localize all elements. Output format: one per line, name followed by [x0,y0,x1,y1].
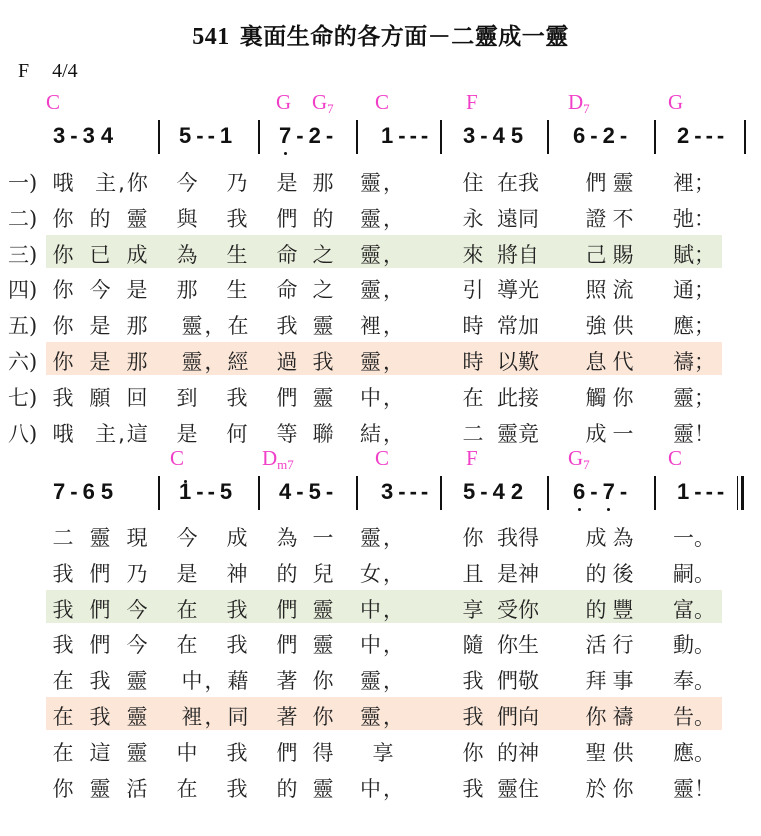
lyric-char: 靈 [127,701,148,731]
note-digit: 6 [573,123,585,149]
lyric-char: 何 [227,418,248,448]
note-digit: 2 [677,123,689,149]
lyric-char: 們 [277,382,298,412]
lyric-char: 己 [586,239,607,269]
lyric-char: 是 [127,274,148,304]
beat-dash: - [326,479,333,505]
note-digit: 6 [83,479,95,505]
verse-number: 七) [8,382,37,412]
lyric-char: 靈！ [673,773,715,803]
beat-dash: - [398,479,405,505]
lyric-char: 拜 [586,665,607,695]
beat-dash: - [410,123,417,149]
beat-dash: - [196,123,203,149]
note-digit: 5 [309,479,321,505]
lyric-char: 們 [586,167,607,197]
lyric-char: 們敬 [497,665,539,695]
lyric-char: 我 [90,665,111,695]
lyric-char: 得 [313,737,334,767]
beat-dash: - [421,479,428,505]
lyric-char: 代 [613,346,634,376]
note-digit: 1 [381,123,393,149]
lyric-char: 主,這 [95,418,150,448]
lyric-char: 豐 [613,594,634,624]
lyric-char: 強 [586,310,607,340]
chord-root: C [375,90,389,114]
lyric-char: 你 [463,737,484,767]
lyric-char: 時 [463,310,484,340]
hymn-title-text: 裏面生命的各方面－二靈成一靈 [240,24,569,50]
note-digit: 1 [677,479,689,505]
notation-line-2: 7-651--54-5-3---5-426-7-1--- [0,474,761,510]
lyric-char: 著 [277,665,298,695]
lyric-char: 靈 [90,522,111,552]
beat-dash: - [70,123,77,149]
chord-extension: 7 [583,457,590,472]
lyric-char: 你 [53,274,74,304]
lyric-char: 照 [586,274,607,304]
lyric-char: 今 [127,629,148,659]
lyric-char: 哦 [53,418,74,448]
lyric-char: 住 [463,167,484,197]
lyric-char: 弛： [673,203,715,233]
chord-root: G [668,90,683,114]
lyric-char: 靈住 [497,773,539,803]
key-signature: F [18,60,29,82]
lyric-char: 今 [90,274,111,304]
beat-dash: - [421,123,428,149]
lyric-line: 我們今在我們靈中，享受你的豐富。 [0,590,761,624]
lyric-char: 這 [90,737,111,767]
lyric-char: 靈， [360,522,406,552]
hymn-meta: F 4/4 [18,60,96,83]
lyric-char: 我 [53,629,74,659]
lyric-char: 們 [277,737,298,767]
beat-dash: - [717,123,724,149]
lyric-char: 將自 [497,239,539,269]
measure: 5-42 [460,474,526,510]
beat-dash: - [480,123,487,149]
measure: 1--5 [176,474,235,510]
note-digit: 3 [53,123,65,149]
verse-number: 三) [8,239,37,269]
verse-number: 四) [8,274,37,304]
lyric-char: 告。 [673,701,715,731]
lyric-char: 裡， [360,310,406,340]
chord-symbol: F [466,446,478,471]
lyric-char: 且 [463,558,484,588]
lyric-char: 隨 [463,629,484,659]
lyric-line: 五)你是那靈，在我靈裡，時常加強供應； [0,306,761,340]
lyric-char: 乃 [127,558,148,588]
beat-dash: - [296,479,303,505]
lyric-char: 流 [613,274,634,304]
chord-symbol: C [375,446,389,471]
beat-dash: - [694,123,701,149]
lyric-char: 那 [127,310,148,340]
beat-dash: - [398,123,405,149]
bar-line [356,476,358,510]
lyric-char: 息 [586,346,607,376]
lyric-char: 女， [360,558,406,588]
hymn-number: 541 [192,24,230,50]
lyric-char: 的神 [497,737,539,767]
lyric-char: 我得 [497,522,539,552]
verse-number: 六) [8,346,37,376]
lyric-char: 成 [586,522,607,552]
bar-line [744,120,746,154]
chord-root: G [312,90,327,114]
lyric-char: 我 [53,558,74,588]
lyric-char: 在 [53,665,74,695]
lyric-char: 的 [313,203,334,233]
lyric-char: 在 [177,773,198,803]
beat-dash: - [620,479,627,505]
beat-dash: - [208,123,215,149]
note-digit: 7 [279,123,291,149]
note-digit: 4 [101,123,113,149]
bar-line [654,120,656,154]
lyric-char: 裡，同 [182,701,251,731]
lyric-char: 那 [127,346,148,376]
lyric-char: 的 [90,203,111,233]
lyric-char: 以歎 [497,346,539,376]
beat-dash: - [706,479,713,505]
lyric-line: 我們今在我們靈中，隨你生活行動。 [0,625,761,659]
bar-line [158,120,160,154]
lyric-char: 與 [177,203,198,233]
lyric-char: 靈， [360,167,406,197]
lyric-char: 靈， [360,203,406,233]
lyric-char: 時 [463,346,484,376]
beat-dash: - [208,479,215,505]
note-digit: 5 [463,479,475,505]
lyric-line: 一)哦主,你今乃是那靈，住在我們靈裡； [0,163,761,197]
bar-line [654,476,656,510]
beat-dash: - [620,123,627,149]
time-signature: 4/4 [52,60,78,82]
lyric-char: 是 [277,167,298,197]
measure: 7-65 [50,474,116,510]
lyric-char: 為 [613,522,634,552]
lyric-char: 靈 [127,737,148,767]
lyric-char: 你 [53,203,74,233]
lyric-char: 是神 [497,558,539,588]
lyric-char: 我 [227,594,248,624]
lyric-char: 們 [277,594,298,624]
measure: 3-34 [50,118,116,154]
lyric-char: 享 [463,594,484,624]
lyric-char: 永 [463,203,484,233]
lyric-char: 你 [463,522,484,552]
chord-root: F [466,446,478,470]
verse-number: 二) [8,203,37,233]
lyric-char: 在 [177,594,198,624]
lyric-char: 觸 [586,382,607,412]
lyric-char: 你 [613,382,634,412]
lyric-char: 你 [53,239,74,269]
lyric-char: 我 [53,382,74,412]
lyric-char: 我 [463,773,484,803]
lyric-char: 你 [313,701,334,731]
lyric-char: 我 [313,346,334,376]
verse-number: 八) [8,418,37,448]
lyric-line: 八)哦主,這是何等聯結，二靈竟成一靈！ [0,414,761,448]
lyric-char: 靈，經 [182,346,251,376]
bar-line [258,120,260,154]
lyric-char: 靈； [673,382,715,412]
lyric-char: 我 [463,665,484,695]
lyric-char: 著 [277,701,298,731]
lyric-char: 賜 [613,239,634,269]
chord-root: D [568,90,583,114]
lyric-char: 於 [586,773,607,803]
bar-line [158,476,160,510]
lyric-char: 中， [360,594,406,624]
lyric-char: 供 [613,310,634,340]
chord-extension: m7 [277,457,294,472]
verse-number: 一) [8,167,37,197]
lyric-char: 成 [586,418,607,448]
lyric-char: 我 [227,382,248,412]
note-digit: 2 [603,123,615,149]
lyric-char: 你 [53,310,74,340]
chord-symbol: G [276,90,291,115]
chord-root: C [668,446,682,470]
lyric-line: 七)我願回到我們靈中，在此接觸你靈； [0,378,761,412]
lyric-char: 靈 [613,167,634,197]
lyric-char: 事 [613,665,634,695]
lyric-char: 靈， [360,701,406,731]
lyric-char: 靈 [313,310,334,340]
lyric-char: 遠同 [497,203,539,233]
lyric-char: 命 [277,274,298,304]
beat-dash: - [717,479,724,505]
lyric-char: 在 [463,382,484,412]
note-digit: 3 [83,123,95,149]
beat-dash: - [480,479,487,505]
lyric-char: 回 [127,382,148,412]
lyric-char: 生 [227,239,248,269]
measure: 4-5- [276,474,335,510]
lyric-char: 中，藉 [182,665,251,695]
beat-dash: - [70,479,77,505]
chord-extension: 7 [327,101,334,116]
lyric-char: 之 [313,274,334,304]
lyric-char: 靈， [360,239,406,269]
lyric-char: 你 [613,773,634,803]
chord-root: C [375,446,389,470]
lyric-char: 靈，在 [182,310,251,340]
lyric-char: 我 [463,701,484,731]
lyric-char: 靈 [313,382,334,412]
lyric-line: 在我靈裡，同著你靈，我們向你禱告。 [0,697,761,731]
chord-symbol: D7 [568,90,590,117]
lyric-char: 通； [673,274,715,304]
lyric-char: 活 [586,629,607,659]
lyric-char: 你生 [497,629,539,659]
lyric-char: 導光 [497,274,539,304]
note-digit: 7 [53,479,65,505]
lyric-line: 三)你已成為生命之靈，來將自己賜賦； [0,235,761,269]
lyric-char: 願 [90,382,111,412]
bar-line [547,476,549,510]
lyric-char: 此接 [497,382,539,412]
hymn-title: 541裏面生命的各方面－二靈成一靈 [0,18,761,51]
note-digit: 1 [220,123,232,149]
lyric-char: 禱 [613,701,634,731]
bar-line [258,476,260,510]
bar-line [547,120,549,154]
lyric-char: 賦； [673,239,715,269]
lyric-char: 禱； [673,346,715,376]
measure: 2--- [674,118,726,154]
lyric-char: 二 [53,522,74,552]
chord-symbol: G [668,90,683,115]
lyric-char: 兒 [313,558,334,588]
lyric-char: 那 [177,274,198,304]
lyric-char: 你 [586,701,607,731]
chord-symbol: F [466,90,478,115]
chord-extension: 7 [583,101,590,116]
lyric-char: 嗣。 [673,558,715,588]
lyric-char: 我 [277,310,298,340]
lyric-char: 成 [127,239,148,269]
notation-line-1: 3-345--17-2-1---3-456-2-2--- [0,118,761,154]
lyric-char: 我 [227,737,248,767]
lyric-char: 二 [463,418,484,448]
bar-line [440,476,442,510]
lyric-char: 不 [613,203,634,233]
final-bar-thick [741,476,744,510]
lyric-char: 等 [277,418,298,448]
beat-dash: - [410,479,417,505]
lyric-line: 二)你的靈與我們的靈，永遠同證不弛： [0,199,761,233]
lyric-char: 靈 [313,594,334,624]
chord-symbol: C [668,446,682,471]
lyric-char: 是 [177,418,198,448]
lyric-char: 結， [360,418,406,448]
lyric-char: 命 [277,239,298,269]
lyric-char: 的 [277,558,298,588]
note-digit: 2 [511,479,523,505]
lyric-line: 我們乃是神的兒女，且是神的後嗣。 [0,554,761,588]
lyric-char: 到 [177,382,198,412]
chord-root: G [276,90,291,114]
note-digit: 5 [179,123,191,149]
lyric-char: 我 [227,773,248,803]
beat-dash: - [694,479,701,505]
lyric-char: 聯 [313,418,334,448]
lyric-char: 動。 [673,629,715,659]
lyric-line: 在我靈中，藉著你靈，我們敬拜事奉。 [0,661,761,695]
lyric-char: 供 [613,737,634,767]
measure: 3--- [378,474,430,510]
chord-root: G [568,446,583,470]
measure: 5--1 [176,118,235,154]
lyric-char: 靈 [90,773,111,803]
measure: 1--- [674,474,726,510]
lyric-char: 一 [313,522,334,552]
lyric-char: 在 [53,737,74,767]
lyric-char: 靈 [313,629,334,659]
lyric-char: 我 [227,629,248,659]
final-bar-thin [737,476,738,510]
lyric-line: 你靈活在我的靈中，我靈住於你靈！ [0,769,761,803]
chord-symbol: C [375,90,389,115]
lyric-char: 後 [613,558,634,588]
lyric-char: 富。 [673,594,715,624]
lyric-char: 你 [313,665,334,695]
chord-line-2: CDm7CFG7C [0,446,761,472]
note-digit: 6 [573,479,585,505]
bar-line [440,120,442,154]
lyric-char: 一。 [673,522,715,552]
verse-number: 五) [8,310,37,340]
note-digit: 1 [179,479,191,505]
lyric-char: 神 [227,558,248,588]
lyric-char: 靈 [127,665,148,695]
lyric-char: 來 [463,239,484,269]
lyric-char: 乃 [227,167,248,197]
chord-root: C [170,446,184,470]
lyric-char: 那 [313,167,334,197]
lyric-char: 在 [53,701,74,731]
lyric-char: 成 [227,522,248,552]
lyric-char: 今 [127,594,148,624]
beat-dash: - [326,123,333,149]
lyric-char: 我 [53,594,74,624]
lyric-char: 生 [227,274,248,304]
note-digit: 4 [493,123,505,149]
lyric-char: 今 [177,167,198,197]
lyric-char: 們 [277,629,298,659]
chord-root: D [262,446,277,470]
beat-dash: - [590,123,597,149]
lyric-char: 們 [90,594,111,624]
lyric-char: 靈， [360,346,406,376]
chord-symbol: Dm7 [262,446,294,473]
beat-dash: - [196,479,203,505]
chord-line-1: CGG7CFD7G [0,90,761,116]
chord-symbol: G7 [312,90,334,117]
lyric-char: 靈 [313,773,334,803]
lyric-char: 為 [277,522,298,552]
note-digit: 4 [279,479,291,505]
chord-symbol: C [46,90,60,115]
chord-root: F [466,90,478,114]
lyric-char: 的 [586,558,607,588]
lyric-char: 你 [53,346,74,376]
lyric-char: 應； [673,310,715,340]
lyric-char: 哦 [53,167,74,197]
lyric-char: 靈， [360,274,406,304]
lyric-char: 受你 [497,594,539,624]
lyric-char: 我 [227,203,248,233]
measure: 1--- [378,118,430,154]
lyric-char: 中， [360,773,406,803]
chord-symbol: G7 [568,446,590,473]
lyric-char: 中， [360,382,406,412]
note-digit: 3 [463,123,475,149]
lyric-char: 是 [90,310,111,340]
lyric-char: 靈竟 [497,418,539,448]
beat-dash: - [296,123,303,149]
lyric-char: 在 [177,629,198,659]
lyric-line: 在這靈中我們得享你的神聖供應。 [0,733,761,767]
lyric-char: 們 [90,629,111,659]
lyric-char: 活 [127,773,148,803]
